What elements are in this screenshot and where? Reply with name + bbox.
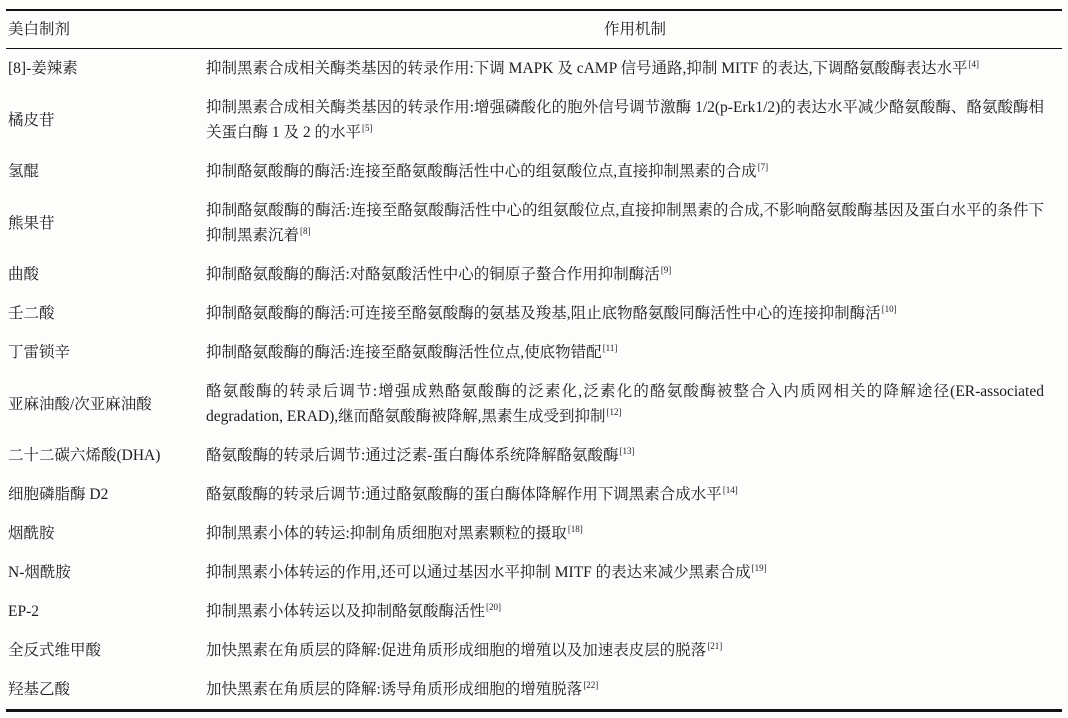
table-body: [8]-姜辣素 抑制黑素合成相关酶类基因的转录作用:下调 MAPK 及 cAMP… bbox=[6, 49, 1062, 711]
reference-marker: [9] bbox=[661, 265, 672, 275]
mechanism-text: 抑制酪氨酸酶的酶活:连接至酪氨酸酶活性中心的组氨酸位点,直接抑制黑素的合成 bbox=[206, 163, 757, 180]
agent-cell: 氢醌 bbox=[6, 152, 206, 191]
mechanism-text: 抑制黑素小体转运以及抑制酪氨酸酶活性 bbox=[206, 603, 485, 620]
mechanism-cell: 抑制黑素合成相关酶类基因的转录作用:增强磷酸化的胞外信号调节激酶 1/2(p-E… bbox=[206, 88, 1062, 152]
reference-marker: [13] bbox=[619, 446, 634, 456]
mechanism-text: 加快黑素在角质层的降解:促进角质形成细胞的增殖以及加速表皮层的脱落 bbox=[206, 642, 706, 659]
agent-cell: N-烟酰胺 bbox=[6, 553, 206, 592]
table-row: 烟酰胺 抑制黑素小体的转运:抑制角质细胞对黑素颗粒的摄取[18] bbox=[6, 514, 1062, 553]
table-row: 壬二酸 抑制酪氨酸酶的酶活:可连接至酪氨酸酶的氨基及羧基,阻止底物酪氨酸同酶活性… bbox=[6, 294, 1062, 333]
agent-cell: 细胞磷脂酶 D2 bbox=[6, 475, 206, 514]
mechanism-text: 酪氨酸酶的转录后调节:通过泛素-蛋白酶体系统降解酪氨酸酶 bbox=[206, 447, 618, 464]
agent-cell: 橘皮苷 bbox=[6, 88, 206, 152]
reference-marker: [22] bbox=[583, 680, 598, 690]
whitening-agents-table: 美白制剂 作用机制 [8]-姜辣素 抑制黑素合成相关酶类基因的转录作用:下调 M… bbox=[6, 9, 1062, 712]
table-row: 丁雷锁辛 抑制酪氨酸酶的酶活:连接至酪氨酸酶活性位点,使底物错配[11] bbox=[6, 333, 1062, 372]
table-row: N-烟酰胺 抑制黑素小体转运的作用,还可以通过基因水平抑制 MITF 的表达来减… bbox=[6, 553, 1062, 592]
mechanism-cell: 酪氨酸酶的转录后调节:通过泛素-蛋白酶体系统降解酪氨酸酶[13] bbox=[206, 436, 1062, 475]
agent-cell: EP-2 bbox=[6, 592, 206, 631]
mechanism-text: 抑制黑素小体转运的作用,还可以通过基因水平抑制 MITF 的表达来减少黑素合成 bbox=[206, 564, 751, 581]
agent-cell: 壬二酸 bbox=[6, 294, 206, 333]
reference-marker: [12] bbox=[607, 407, 622, 417]
mechanism-cell: 抑制酪氨酸酶的酶活:可连接至酪氨酸酶的氨基及羧基,阻止底物酪氨酸同酶活性中心的连… bbox=[206, 294, 1062, 333]
reference-marker: [8] bbox=[300, 226, 311, 236]
mechanism-text: 抑制黑素小体的转运:抑制角质细胞对黑素颗粒的摄取 bbox=[206, 525, 567, 542]
mechanism-cell: 加快黑素在角质层的降解:促进角质形成细胞的增殖以及加速表皮层的脱落[21] bbox=[206, 631, 1062, 670]
reference-marker: [21] bbox=[707, 641, 722, 651]
mechanism-cell: 抑制酪氨酸酶的酶活:连接至酪氨酸酶活性中心的组氨酸位点,直接抑制黑素的合成,不影… bbox=[206, 191, 1062, 255]
mechanism-text: 酪氨酸酶的转录后调节:通过酪氨酸酶的蛋白酶体降解作用下调黑素合成水平 bbox=[206, 486, 722, 503]
reference-marker: [20] bbox=[486, 602, 501, 612]
table-row: 全反式维甲酸 加快黑素在角质层的降解:促进角质形成细胞的增殖以及加速表皮层的脱落… bbox=[6, 631, 1062, 670]
table-row: 熊果苷 抑制酪氨酸酶的酶活:连接至酪氨酸酶活性中心的组氨酸位点,直接抑制黑素的合… bbox=[6, 191, 1062, 255]
agent-cell: 羟基乙酸 bbox=[6, 670, 206, 711]
mechanism-text: 加快黑素在角质层的降解:诱导角质形成细胞的增殖脱落 bbox=[206, 681, 582, 698]
scanned-table-page: 美白制剂 作用机制 [8]-姜辣素 抑制黑素合成相关酶类基因的转录作用:下调 M… bbox=[0, 0, 1068, 718]
agent-cell: 二十二碳六烯酸(DHA) bbox=[6, 436, 206, 475]
mechanism-cell: 酪氨酸酶的转录后调节:通过酪氨酸酶的蛋白酶体降解作用下调黑素合成水平[14] bbox=[206, 475, 1062, 514]
mechanism-cell: 加快黑素在角质层的降解:诱导角质形成细胞的增殖脱落[22] bbox=[206, 670, 1062, 711]
agent-cell: 丁雷锁辛 bbox=[6, 333, 206, 372]
table-row: 羟基乙酸 加快黑素在角质层的降解:诱导角质形成细胞的增殖脱落[22] bbox=[6, 670, 1062, 711]
agent-cell: 亚麻油酸/次亚麻油酸 bbox=[6, 372, 206, 436]
mechanism-text: 抑制酪氨酸酶的酶活:连接至酪氨酸酶活性中心的组氨酸位点,直接抑制黑素的合成,不影… bbox=[206, 202, 1044, 244]
table-row: 橘皮苷 抑制黑素合成相关酶类基因的转录作用:增强磷酸化的胞外信号调节激酶 1/2… bbox=[6, 88, 1062, 152]
agent-cell: 熊果苷 bbox=[6, 191, 206, 255]
reference-marker: [19] bbox=[752, 563, 767, 573]
reference-marker: [10] bbox=[882, 304, 897, 314]
mechanism-cell: 抑制黑素小体的转运:抑制角质细胞对黑素颗粒的摄取[18] bbox=[206, 514, 1062, 553]
table-row: 细胞磷脂酶 D2 酪氨酸酶的转录后调节:通过酪氨酸酶的蛋白酶体降解作用下调黑素合… bbox=[6, 475, 1062, 514]
reference-marker: [4] bbox=[969, 59, 980, 69]
header-row: 美白制剂 作用机制 bbox=[6, 10, 1062, 49]
table-row: [8]-姜辣素 抑制黑素合成相关酶类基因的转录作用:下调 MAPK 及 cAMP… bbox=[6, 49, 1062, 89]
table-row: 曲酸 抑制酪氨酸酶的酶活:对酪氨酸活性中心的铜原子螯合作用抑制酶活[9] bbox=[6, 255, 1062, 294]
reference-marker: [14] bbox=[723, 485, 738, 495]
table-header: 美白制剂 作用机制 bbox=[6, 10, 1062, 49]
agent-cell: 曲酸 bbox=[6, 255, 206, 294]
table-row: 二十二碳六烯酸(DHA) 酪氨酸酶的转录后调节:通过泛素-蛋白酶体系统降解酪氨酸… bbox=[6, 436, 1062, 475]
mechanism-text: 抑制黑素合成相关酶类基因的转录作用:增强磷酸化的胞外信号调节激酶 1/2(p-E… bbox=[206, 99, 1044, 141]
table-row: 亚麻油酸/次亚麻油酸 酪氨酸酶的转录后调节:增强成熟酪氨酸酶的泛素化,泛素化的酪… bbox=[6, 372, 1062, 436]
table-row: 氢醌 抑制酪氨酸酶的酶活:连接至酪氨酸酶活性中心的组氨酸位点,直接抑制黑素的合成… bbox=[6, 152, 1062, 191]
agent-cell: [8]-姜辣素 bbox=[6, 49, 206, 89]
agent-cell: 全反式维甲酸 bbox=[6, 631, 206, 670]
mechanism-cell: 抑制黑素小体转运以及抑制酪氨酸酶活性[20] bbox=[206, 592, 1062, 631]
agent-cell: 烟酰胺 bbox=[6, 514, 206, 553]
mechanism-cell: 抑制酪氨酸酶的酶活:连接至酪氨酸酶活性中心的组氨酸位点,直接抑制黑素的合成[7] bbox=[206, 152, 1062, 191]
mechanism-cell: 抑制酪氨酸酶的酶活:连接至酪氨酸酶活性位点,使底物错配[11] bbox=[206, 333, 1062, 372]
mechanism-cell: 抑制酪氨酸酶的酶活:对酪氨酸活性中心的铜原子螯合作用抑制酶活[9] bbox=[206, 255, 1062, 294]
column-header-mechanism: 作用机制 bbox=[206, 10, 1062, 49]
mechanism-text: 抑制酪氨酸酶的酶活:对酪氨酸活性中心的铜原子螯合作用抑制酶活 bbox=[206, 266, 660, 283]
mechanism-text: 酪氨酸酶的转录后调节:增强成熟酪氨酸酶的泛素化,泛素化的酪氨酸酶被整合入内质网相… bbox=[206, 383, 1044, 425]
reference-marker: [11] bbox=[603, 343, 618, 353]
mechanism-cell: 抑制黑素合成相关酶类基因的转录作用:下调 MAPK 及 cAMP 信号通路,抑制… bbox=[206, 49, 1062, 89]
mechanism-cell: 抑制黑素小体转运的作用,还可以通过基因水平抑制 MITF 的表达来减少黑素合成[… bbox=[206, 553, 1062, 592]
mechanism-text: 抑制酪氨酸酶的酶活:可连接至酪氨酸酶的氨基及羧基,阻止底物酪氨酸同酶活性中心的连… bbox=[206, 305, 881, 322]
mechanism-cell: 酪氨酸酶的转录后调节:增强成熟酪氨酸酶的泛素化,泛素化的酪氨酸酶被整合入内质网相… bbox=[206, 372, 1062, 436]
reference-marker: [5] bbox=[362, 123, 373, 133]
column-header-agent: 美白制剂 bbox=[6, 10, 206, 49]
table-row: EP-2 抑制黑素小体转运以及抑制酪氨酸酶活性[20] bbox=[6, 592, 1062, 631]
reference-marker: [18] bbox=[568, 524, 583, 534]
mechanism-text: 抑制黑素合成相关酶类基因的转录作用:下调 MAPK 及 cAMP 信号通路,抑制… bbox=[206, 60, 968, 77]
reference-marker: [7] bbox=[758, 162, 769, 172]
mechanism-text: 抑制酪氨酸酶的酶活:连接至酪氨酸酶活性位点,使底物错配 bbox=[206, 344, 602, 361]
